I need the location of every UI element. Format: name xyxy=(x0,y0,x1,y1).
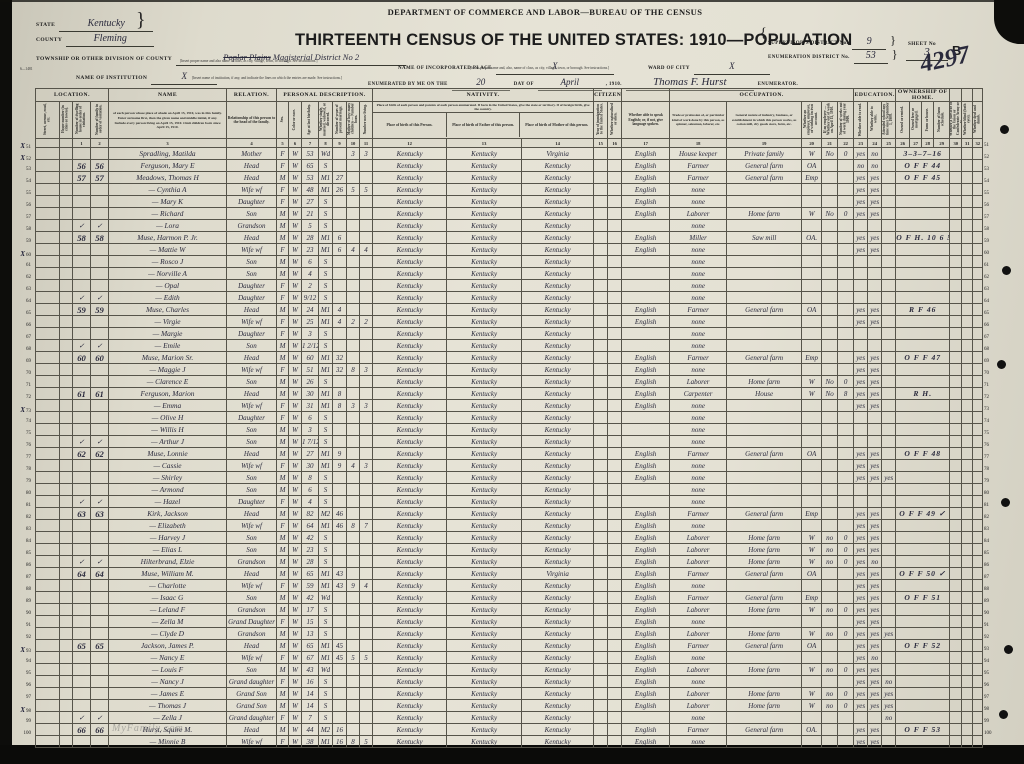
cell-blind xyxy=(962,304,973,316)
cell-home-ownership: O F F 49 ✓ xyxy=(896,508,950,520)
cell-house-number xyxy=(60,376,73,388)
cell-house-number xyxy=(60,640,73,652)
cell-age: 6 xyxy=(302,484,319,496)
cell-family-number xyxy=(91,316,109,328)
enumeration-value: 53 xyxy=(866,50,876,61)
cell-family-number xyxy=(91,580,109,592)
cell-worker-class xyxy=(802,220,822,232)
cell-out-of-work: no xyxy=(822,532,838,544)
cell-mother-birthplace: Kentucky xyxy=(522,532,594,544)
cell-worker-class xyxy=(802,328,822,340)
cell-father-birthplace: Kentucky xyxy=(447,364,522,376)
line-number-left: 69 xyxy=(12,356,33,368)
cell-race: W xyxy=(289,340,302,352)
cell-father-birthplace: Kentucky xyxy=(447,400,522,412)
cell-birthplace: Kentucky xyxy=(373,184,447,196)
cell-children-born xyxy=(347,268,360,280)
cell-name: — Armond xyxy=(109,484,227,496)
census-row: 6161Ferguson, MarionHeadMW30M18KentuckyK… xyxy=(36,388,983,400)
cell-years-married xyxy=(333,376,347,388)
census-row: ✓✓— EmileSonMW1 2/12SKentuckyKentuckyKen… xyxy=(36,340,983,352)
line-number-left: 95 xyxy=(12,668,33,680)
cell-name: — Harvey J xyxy=(109,532,227,544)
cell-sex: F xyxy=(277,736,289,748)
cell-immigration-year xyxy=(594,424,608,436)
census-row: ✓✓Hilterbrand, ElzieGrandsonMW28SKentuck… xyxy=(36,556,983,568)
cell-immigration-year xyxy=(594,556,608,568)
cell-father-birthplace: Kentucky xyxy=(447,232,522,244)
cell-occupation: none xyxy=(670,736,727,748)
cell-attended-school xyxy=(882,184,896,196)
cell-children-born: 2 xyxy=(347,316,360,328)
cell-immigration-year xyxy=(594,316,608,328)
cell-out-of-work xyxy=(822,232,838,244)
cell-race: W xyxy=(289,352,302,364)
cell-sex: M xyxy=(277,556,289,568)
cell-house-number xyxy=(60,616,73,628)
cell-father-birthplace: Kentucky xyxy=(447,472,522,484)
cell-attended-school xyxy=(882,664,896,676)
cell-children-living: 3 xyxy=(360,148,373,160)
cell-marital-status: M2 xyxy=(319,508,333,520)
cell-marital-status: M1 xyxy=(319,364,333,376)
column-number: 10 xyxy=(347,139,360,148)
cell-language: English xyxy=(622,616,670,628)
cell-relation: Son xyxy=(227,664,277,676)
cell-deaf-dumb xyxy=(973,316,983,328)
cell-weeks-out xyxy=(838,184,854,196)
census-row: — Thomas JGrand SonMW14SKentuckyKentucky… xyxy=(36,700,983,712)
cell-language xyxy=(622,328,670,340)
cell-worker-class xyxy=(802,340,822,352)
cell-can-read: yes xyxy=(854,364,868,376)
census-row: 5757Meadows, Thomas HHeadMW53M127Kentuck… xyxy=(36,172,983,184)
cell-house-number xyxy=(60,340,73,352)
cell-occupation: none xyxy=(670,424,727,436)
cell-weeks-out: 0 xyxy=(838,556,854,568)
cell-name: — Richard xyxy=(109,208,227,220)
census-row: — ElizabethWife wfFW64M14687KentuckyKent… xyxy=(36,520,983,532)
cell-children-living xyxy=(360,604,373,616)
cell-birthplace: Kentucky xyxy=(373,508,447,520)
cell-immigration-year xyxy=(594,364,608,376)
cell-relation: Son xyxy=(227,484,277,496)
cell-home-ownership xyxy=(896,604,950,616)
cell-immigration-year xyxy=(594,232,608,244)
cell-race: W xyxy=(289,520,302,532)
cell-home-ownership: O F F 48 xyxy=(896,448,950,460)
cell-out-of-work: No xyxy=(822,148,838,160)
cell-house-number xyxy=(60,424,73,436)
cell-worker-class: W xyxy=(802,700,822,712)
cell-age: 4 xyxy=(302,268,319,280)
cell-family-number xyxy=(91,592,109,604)
cell-occupation: Laborer xyxy=(670,700,727,712)
census-row: ✓✓— HazelDaughterFW4SKentuckyKentuckyKen… xyxy=(36,496,983,508)
cell-occupation: Farmer xyxy=(670,304,727,316)
cell-sex: F xyxy=(277,280,289,292)
cell-home-ownership xyxy=(896,328,950,340)
cell-out-of-work: no xyxy=(822,604,838,616)
cell-house-number xyxy=(60,508,73,520)
cell-home-ownership: R H. xyxy=(896,388,950,400)
cell-worker-class xyxy=(802,316,822,328)
census-row: — Zella MGrand DaughterFW15SKentuckyKent… xyxy=(36,616,983,628)
cell-sex: F xyxy=(277,160,289,172)
cell-children-born xyxy=(347,628,360,640)
cell-blind xyxy=(962,148,973,160)
cell-years-married xyxy=(333,160,347,172)
census-row: 5858Muse, Harmon P. Jr.HeadMW28M16Kentuc… xyxy=(36,232,983,244)
cell-immigration-year xyxy=(594,544,608,556)
cell-father-birthplace: Kentucky xyxy=(447,544,522,556)
cell-industry: General farm xyxy=(727,304,802,316)
cell-blind xyxy=(962,544,973,556)
cell-sex: M xyxy=(277,208,289,220)
cell-children-living: 4 xyxy=(360,244,373,256)
line-number-left: 80 xyxy=(12,488,33,500)
cell-occupation: none xyxy=(670,280,727,292)
ward-value: X xyxy=(729,61,735,71)
line-number-left: 79 xyxy=(12,476,33,488)
cell-children-born xyxy=(347,220,360,232)
cell-attended-school xyxy=(882,220,896,232)
cell-mother-birthplace: Kentucky xyxy=(522,340,594,352)
cell-deaf-dumb xyxy=(973,520,983,532)
column-number: 8 xyxy=(319,139,333,148)
cell-blind xyxy=(962,160,973,172)
cell-can-read xyxy=(854,328,868,340)
cell-industry: General farm xyxy=(727,640,802,652)
cell-weeks-out xyxy=(838,508,854,520)
cell-marital-status: S xyxy=(319,688,333,700)
cell-can-write: yes xyxy=(868,604,882,616)
cell-name: — Emile xyxy=(109,340,227,352)
cell-sex: M xyxy=(277,508,289,520)
line-number-left: 99 xyxy=(12,716,33,728)
cell-can-write: yes xyxy=(868,364,882,376)
cell-house-number xyxy=(60,364,73,376)
cell-marital-status: M1 xyxy=(319,316,333,328)
cell-age: 44 xyxy=(302,724,319,736)
line-number-left: 53 xyxy=(12,164,33,176)
col-marital: Whether single, married, widowed, or div… xyxy=(319,102,333,139)
cell-civil-war-survivor xyxy=(950,316,962,328)
cell-dwelling-number xyxy=(73,652,91,664)
cell-dwelling-number xyxy=(73,400,91,412)
cell-weeks-out xyxy=(838,424,854,436)
col-street: Street, avenue, road, etc. xyxy=(36,102,60,139)
enumeration-district-field: ENUMERATION DISTRICT No. 53 } xyxy=(768,45,898,64)
census-row: — Leland FGrandsonMW17SKentuckyKentuckyK… xyxy=(36,604,983,616)
cell-home-ownership xyxy=(896,316,950,328)
cell-language: English xyxy=(622,148,670,160)
census-row: — OpalDaughterFW2SKentuckyKentuckyKentuc… xyxy=(36,280,983,292)
cell-attended-school xyxy=(882,316,896,328)
cell-can-read: yes xyxy=(854,244,868,256)
cell-family-number: ✓ xyxy=(91,340,109,352)
cell-name: — James E xyxy=(109,688,227,700)
cell-name: — Emma xyxy=(109,400,227,412)
cell-years-married xyxy=(333,340,347,352)
cell-weeks-out xyxy=(838,484,854,496)
line-number-right: 60 xyxy=(984,248,1000,260)
cell-father-birthplace: Kentucky xyxy=(447,292,522,304)
cell-worker-class xyxy=(802,676,822,688)
cell-blind xyxy=(962,628,973,640)
cell-house-number xyxy=(60,352,73,364)
cell-family-number: 64 xyxy=(91,568,109,580)
cell-deaf-dumb xyxy=(973,304,983,316)
census-row: — Nancy EWife wfFW67M14555KentuckyKentuc… xyxy=(36,652,983,664)
cell-sex: F xyxy=(277,328,289,340)
column-number: 20 xyxy=(802,139,822,148)
cell-weeks-out: 0 xyxy=(838,376,854,388)
cell-father-birthplace: Kentucky xyxy=(447,316,522,328)
cell-can-read: yes xyxy=(854,652,868,664)
line-number-right: 82 xyxy=(984,512,1000,524)
cell-can-read: yes xyxy=(854,544,868,556)
cell-birthplace: Kentucky xyxy=(373,328,447,340)
cell-home-ownership xyxy=(896,616,950,628)
punch-hole xyxy=(1000,125,1009,134)
cell-dwelling-number xyxy=(73,688,91,700)
cell-occupation: Farmer xyxy=(670,592,727,604)
cell-house-number xyxy=(60,688,73,700)
cell-name: — Rosco J xyxy=(109,256,227,268)
cell-relation: Head xyxy=(227,352,277,364)
census-row: — Mary KDaughterFW27SKentuckyKentuckyKen… xyxy=(36,196,983,208)
cell-mother-birthplace: Virginia xyxy=(522,148,594,160)
cell-attended-school xyxy=(882,280,896,292)
line-number-right: 57 xyxy=(984,212,1000,224)
census-scan-page: 6—1481 STATE Kentucky COUNTY Fleming } T… xyxy=(0,0,1024,764)
cell-industry: Home farm xyxy=(727,208,802,220)
column-number: 18 xyxy=(670,139,727,148)
line-number-left: X93 xyxy=(12,644,33,656)
cell-can-read xyxy=(854,484,868,496)
cell-weeks-out: 0 xyxy=(838,148,854,160)
cell-father-birthplace: Kentucky xyxy=(447,664,522,676)
cell-house-number xyxy=(60,172,73,184)
cell-can-write: yes xyxy=(868,508,882,520)
cell-can-read: yes xyxy=(854,592,868,604)
cell-can-write: yes xyxy=(868,664,882,676)
cell-home-ownership: O F F 51 xyxy=(896,592,950,604)
cell-birthplace: Kentucky xyxy=(373,532,447,544)
line-number-left: 97 xyxy=(12,692,33,704)
cell-blind xyxy=(962,556,973,568)
punch-hole xyxy=(1001,498,1010,507)
cell-out-of-work: no xyxy=(822,700,838,712)
cell-naturalized xyxy=(608,256,622,268)
cell-home-ownership xyxy=(896,292,950,304)
cell-age: 2 xyxy=(302,280,319,292)
cell-father-birthplace: Kentucky xyxy=(447,568,522,580)
cell-blind xyxy=(962,688,973,700)
cell-civil-war-survivor xyxy=(950,556,962,568)
enumeration-label: ENUMERATION DISTRICT No. xyxy=(768,55,850,60)
census-row: 6363Kirk, JacksonHeadMW82M246KentuckyKen… xyxy=(36,508,983,520)
cell-children-living xyxy=(360,676,373,688)
census-row: — RichardSonMW21SKentuckyKentuckyKentuck… xyxy=(36,208,983,220)
line-number-right: 95 xyxy=(984,668,1000,680)
cell-can-read: yes xyxy=(854,616,868,628)
cell-immigration-year xyxy=(594,220,608,232)
cell-children-born xyxy=(347,664,360,676)
cell-blind xyxy=(962,352,973,364)
cell-father-birthplace: Kentucky xyxy=(447,424,522,436)
line-number-left: 75 xyxy=(12,428,33,440)
cell-home-ownership xyxy=(896,220,950,232)
cell-industry: Home farm xyxy=(727,628,802,640)
col-mother-birthplace: Place of birth of Mother of this person. xyxy=(519,113,593,137)
cell-language: English xyxy=(622,688,670,700)
cell-name: — Leland F xyxy=(109,604,227,616)
cell-marital-status: S xyxy=(319,196,333,208)
cell-civil-war-survivor xyxy=(950,652,962,664)
cell-mother-birthplace: Kentucky xyxy=(522,472,594,484)
cell-language: English xyxy=(622,604,670,616)
cell-age: 3 xyxy=(302,328,319,340)
cell-family-number: 66 xyxy=(91,724,109,736)
cell-language: English xyxy=(622,472,670,484)
line-number-left: 91 xyxy=(12,620,33,632)
census-row: 6060Muse, Marion Sr.HeadMW60M132Kentucky… xyxy=(36,352,983,364)
cell-children-living xyxy=(360,556,373,568)
census-row: — Mattie WWife wfFW23M1644KentuckyKentuc… xyxy=(36,244,983,256)
cell-birthplace: Kentucky xyxy=(373,256,447,268)
cell-children-living xyxy=(360,172,373,184)
cell-children-born xyxy=(347,700,360,712)
cell-blind xyxy=(962,664,973,676)
cell-occupation: none xyxy=(670,460,727,472)
cell-name: Hilterbrand, Elzie xyxy=(109,556,227,568)
cell-sex: M xyxy=(277,268,289,280)
cell-race: W xyxy=(289,220,302,232)
cell-industry: Home farm xyxy=(727,532,802,544)
cell-name: — Louis F xyxy=(109,664,227,676)
cell-marital-status: M1 xyxy=(319,172,333,184)
cell-relation: Daughter xyxy=(227,280,277,292)
cell-can-read: yes xyxy=(854,196,868,208)
cell-weeks-out xyxy=(838,436,854,448)
cell-children-living xyxy=(360,256,373,268)
cell-race: W xyxy=(289,652,302,664)
line-number-right: 98 xyxy=(984,704,1000,716)
cell-deaf-dumb xyxy=(973,592,983,604)
cell-weeks-out: 0 xyxy=(838,208,854,220)
cell-naturalized xyxy=(608,724,622,736)
enumerated-day: 20 xyxy=(476,77,485,87)
census-row: — Maggie JWife wfFW51M13283KentuckyKentu… xyxy=(36,364,983,376)
cell-civil-war-survivor xyxy=(950,736,962,748)
cell-industry xyxy=(727,412,802,424)
col-birthplace: Place of birth of this Person. xyxy=(373,113,446,137)
census-row: — Willis HSonMW3SKentuckyKentuckyKentuck… xyxy=(36,424,983,436)
cell-home-ownership xyxy=(896,688,950,700)
cell-industry: General farm xyxy=(727,592,802,604)
cell-marital-status: S xyxy=(319,628,333,640)
cell-dwelling-number xyxy=(73,424,91,436)
cell-marital-status: S xyxy=(319,280,333,292)
cell-relation: Son xyxy=(227,376,277,388)
cell-years-married: 16 xyxy=(333,736,347,748)
cell-weeks-out: 0 xyxy=(838,628,854,640)
punch-hole xyxy=(1002,266,1011,275)
cell-sex: M xyxy=(277,436,289,448)
cell-name: Ferguson, Marion xyxy=(109,388,227,400)
cell-years-married xyxy=(333,688,347,700)
cell-children-living: 3 xyxy=(360,364,373,376)
cell-children-born xyxy=(347,280,360,292)
cell-dwelling-number xyxy=(73,736,91,748)
cell-home-ownership xyxy=(896,736,950,748)
cell-occupation: Laborer xyxy=(670,628,727,640)
cell-birthplace: Kentucky xyxy=(373,316,447,328)
census-row: — James EGrand SonMW14SKentuckyKentuckyK… xyxy=(36,688,983,700)
cell-industry xyxy=(727,496,802,508)
line-number-right: 96 xyxy=(984,680,1000,692)
cell-family-number xyxy=(91,328,109,340)
cell-sex: M xyxy=(277,640,289,652)
cell-sex: M xyxy=(277,232,289,244)
cell-marital-status: S xyxy=(319,604,333,616)
cell-father-birthplace: Kentucky xyxy=(447,148,522,160)
cell-can-read: yes xyxy=(854,532,868,544)
cell-out-of-work xyxy=(822,304,838,316)
cell-civil-war-survivor xyxy=(950,568,962,580)
line-number-right: 59 xyxy=(984,236,1000,248)
cell-family-number xyxy=(91,460,109,472)
cell-out-of-work: No xyxy=(822,376,838,388)
cell-children-born xyxy=(347,508,360,520)
cell-home-ownership xyxy=(896,364,950,376)
cell-weeks-out xyxy=(838,568,854,580)
line-number-right: 84 xyxy=(984,536,1000,548)
cell-birthplace: Kentucky xyxy=(373,220,447,232)
cell-industry xyxy=(727,460,802,472)
cell-naturalized xyxy=(608,532,622,544)
cell-years-married: 9 xyxy=(333,460,347,472)
cell-civil-war-survivor xyxy=(950,544,962,556)
cell-birthplace: Kentucky xyxy=(373,232,447,244)
cell-street xyxy=(36,256,60,268)
cell-street xyxy=(36,544,60,556)
cell-can-read: yes xyxy=(854,388,868,400)
cell-years-married: 32 xyxy=(333,352,347,364)
cell-marital-status: S xyxy=(319,292,333,304)
cell-children-born xyxy=(347,712,360,724)
cell-race: W xyxy=(289,508,302,520)
cell-name: — Nancy E xyxy=(109,652,227,664)
cell-attended-school xyxy=(882,580,896,592)
cell-can-read: yes xyxy=(854,304,868,316)
cell-name: — Maggie J xyxy=(109,364,227,376)
cell-mother-birthplace: Kentucky xyxy=(522,736,594,748)
cell-children-born xyxy=(347,256,360,268)
cell-house-number xyxy=(60,268,73,280)
cell-years-married: 4 xyxy=(333,304,347,316)
cell-father-birthplace: Kentucky xyxy=(447,580,522,592)
cell-street xyxy=(36,316,60,328)
line-number-right: 77 xyxy=(984,452,1000,464)
cell-age: 31 xyxy=(302,400,319,412)
cell-blind xyxy=(962,484,973,496)
cell-home-ownership xyxy=(896,676,950,688)
cell-name: Kirk, Jackson xyxy=(109,508,227,520)
line-number-left: 54 xyxy=(12,176,33,188)
